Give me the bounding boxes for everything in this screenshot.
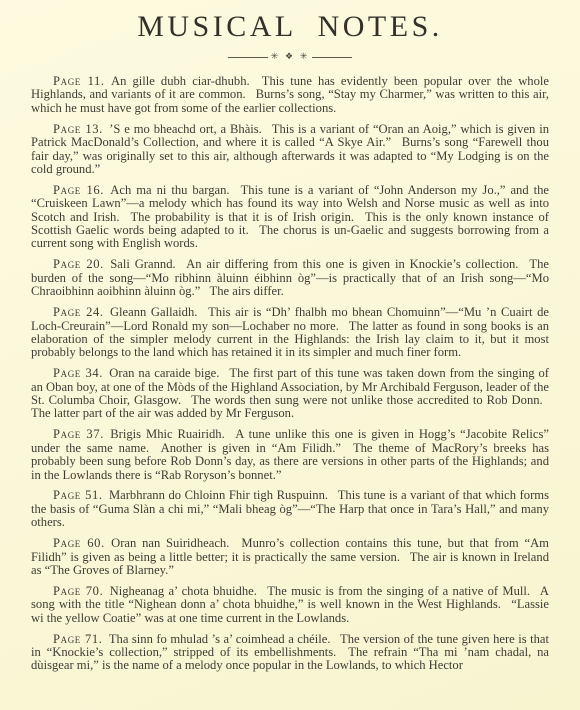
page-label: Page 60. bbox=[53, 536, 105, 550]
note-entry-page-37: Page 37. Brigis Mhic Ruairidh. A tune un… bbox=[31, 428, 549, 482]
page-label: Page 71. bbox=[53, 632, 103, 646]
entry-text: Oran na caraide bige. The first part of … bbox=[31, 366, 549, 420]
entry-text: Gleann Gallaidh. This air is “Dh’ fhalbh… bbox=[31, 305, 549, 359]
page-title: MUSICAL NOTES. bbox=[31, 10, 549, 44]
page-label: Page 16. bbox=[53, 183, 104, 197]
divider-rule-left bbox=[228, 57, 268, 58]
entry-text: Ach ma ni thu bargan. This tune is a var… bbox=[31, 183, 549, 251]
entry-text: ’S e mo bheachd ort, a Bhàis. This is a … bbox=[31, 122, 549, 176]
section-divider: ✳ ❖ ✳ bbox=[31, 52, 549, 62]
page-label: Page 24. bbox=[53, 305, 104, 319]
note-entry-page-71: Page 71. Tha sinn fo mhulad ’s a’ coimhe… bbox=[31, 633, 549, 673]
page-label: Page 13. bbox=[53, 122, 103, 136]
entry-text: Tha sinn fo mhulad ’s a’ coimhead a chéi… bbox=[31, 632, 549, 673]
entry-text: Marbhrann do Chloinn Fhir tigh Ruspuinn.… bbox=[31, 488, 549, 529]
divider-ornament-icon: ✳ ❖ ✳ bbox=[268, 52, 313, 62]
note-entry-page-60: Page 60. Oran nan Suiridheach. Munro’s c… bbox=[31, 537, 549, 577]
page-label: Page 37. bbox=[53, 427, 104, 441]
book-page: MUSICAL NOTES. ✳ ❖ ✳ Page 11. An gille d… bbox=[0, 0, 580, 710]
note-entry-page-11: Page 11. An gille dubh ciar-dhubh. This … bbox=[31, 75, 549, 115]
page-label: Page 70. bbox=[53, 584, 103, 598]
page-label: Page 34. bbox=[53, 366, 103, 380]
divider-rule-right bbox=[312, 57, 352, 58]
entry-text: Sali Grannd. An air differing from this … bbox=[31, 257, 549, 298]
note-entry-page-51: Page 51. Marbhrann do Chloinn Fhir tigh … bbox=[31, 489, 549, 529]
entry-text: An gille dubh ciar-dhubh. This tune has … bbox=[31, 74, 549, 115]
note-entry-page-70: Page 70. Nigheanag a’ chota bhuidhe. The… bbox=[31, 585, 549, 625]
note-entry-page-20: Page 20. Sali Grannd. An air differing f… bbox=[31, 258, 549, 298]
note-entry-page-34: Page 34. Oran na caraide bige. The first… bbox=[31, 367, 549, 421]
page-label: Page 51. bbox=[53, 488, 103, 502]
page-label: Page 20. bbox=[53, 257, 104, 271]
note-entry-page-24: Page 24. Gleann Gallaidh. This air is “D… bbox=[31, 306, 549, 360]
note-entry-page-13: Page 13. ’S e mo bheachd ort, a Bhàis. T… bbox=[31, 123, 549, 177]
note-entry-page-16: Page 16. Ach ma ni thu bargan. This tune… bbox=[31, 184, 549, 251]
entry-text: Brigis Mhic Ruairidh. A tune unlike this… bbox=[31, 427, 549, 481]
entry-text: Oran nan Suiridheach. Munro’s collection… bbox=[31, 536, 549, 577]
entry-text: Nigheanag a’ chota bhuidhe. The music is… bbox=[31, 584, 549, 625]
page-label: Page 11. bbox=[53, 74, 105, 88]
